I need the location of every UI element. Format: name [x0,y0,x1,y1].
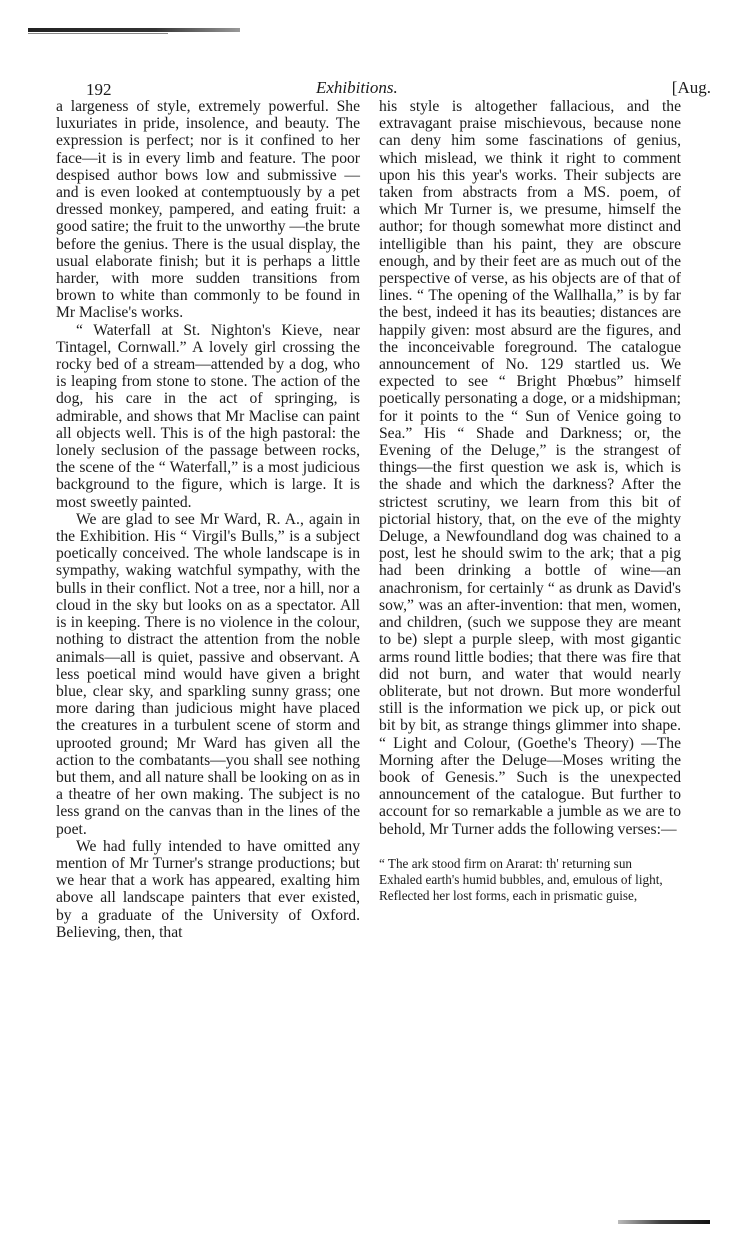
right-column: his style is altogether fallacious, and … [379,98,681,904]
top-rule-thin [28,33,168,34]
page-number: 192 [86,80,112,100]
top-rule [28,28,240,32]
left-column: a largeness of style, extremely powerful… [56,98,360,941]
paragraph: We had fully intended to have omitted an… [56,838,360,941]
verse-line: Reflected her lost forms, each in prisma… [379,888,681,904]
month-label: [Aug. [672,78,711,98]
verse-line: Exhaled earth's humid bubbles, and, emul… [379,872,681,888]
paragraph: his style is altogether fallacious, and … [379,98,681,838]
running-title: Exhibitions. [316,78,398,98]
paragraph: “ Waterfall at St. Nighton's Kieve, near… [56,322,360,511]
paragraph: a largeness of style, extremely powerful… [56,98,360,322]
verse-quotation: “ The ark stood firm on Ararat: th' retu… [379,856,681,904]
paragraph: We are glad to see Mr Ward, R. A., again… [56,511,360,838]
bottom-rule [618,1220,710,1224]
verse-line: “ The ark stood firm on Ararat: th' retu… [379,856,681,872]
page-header: 192 Exhibitions. [Aug. [56,78,711,100]
